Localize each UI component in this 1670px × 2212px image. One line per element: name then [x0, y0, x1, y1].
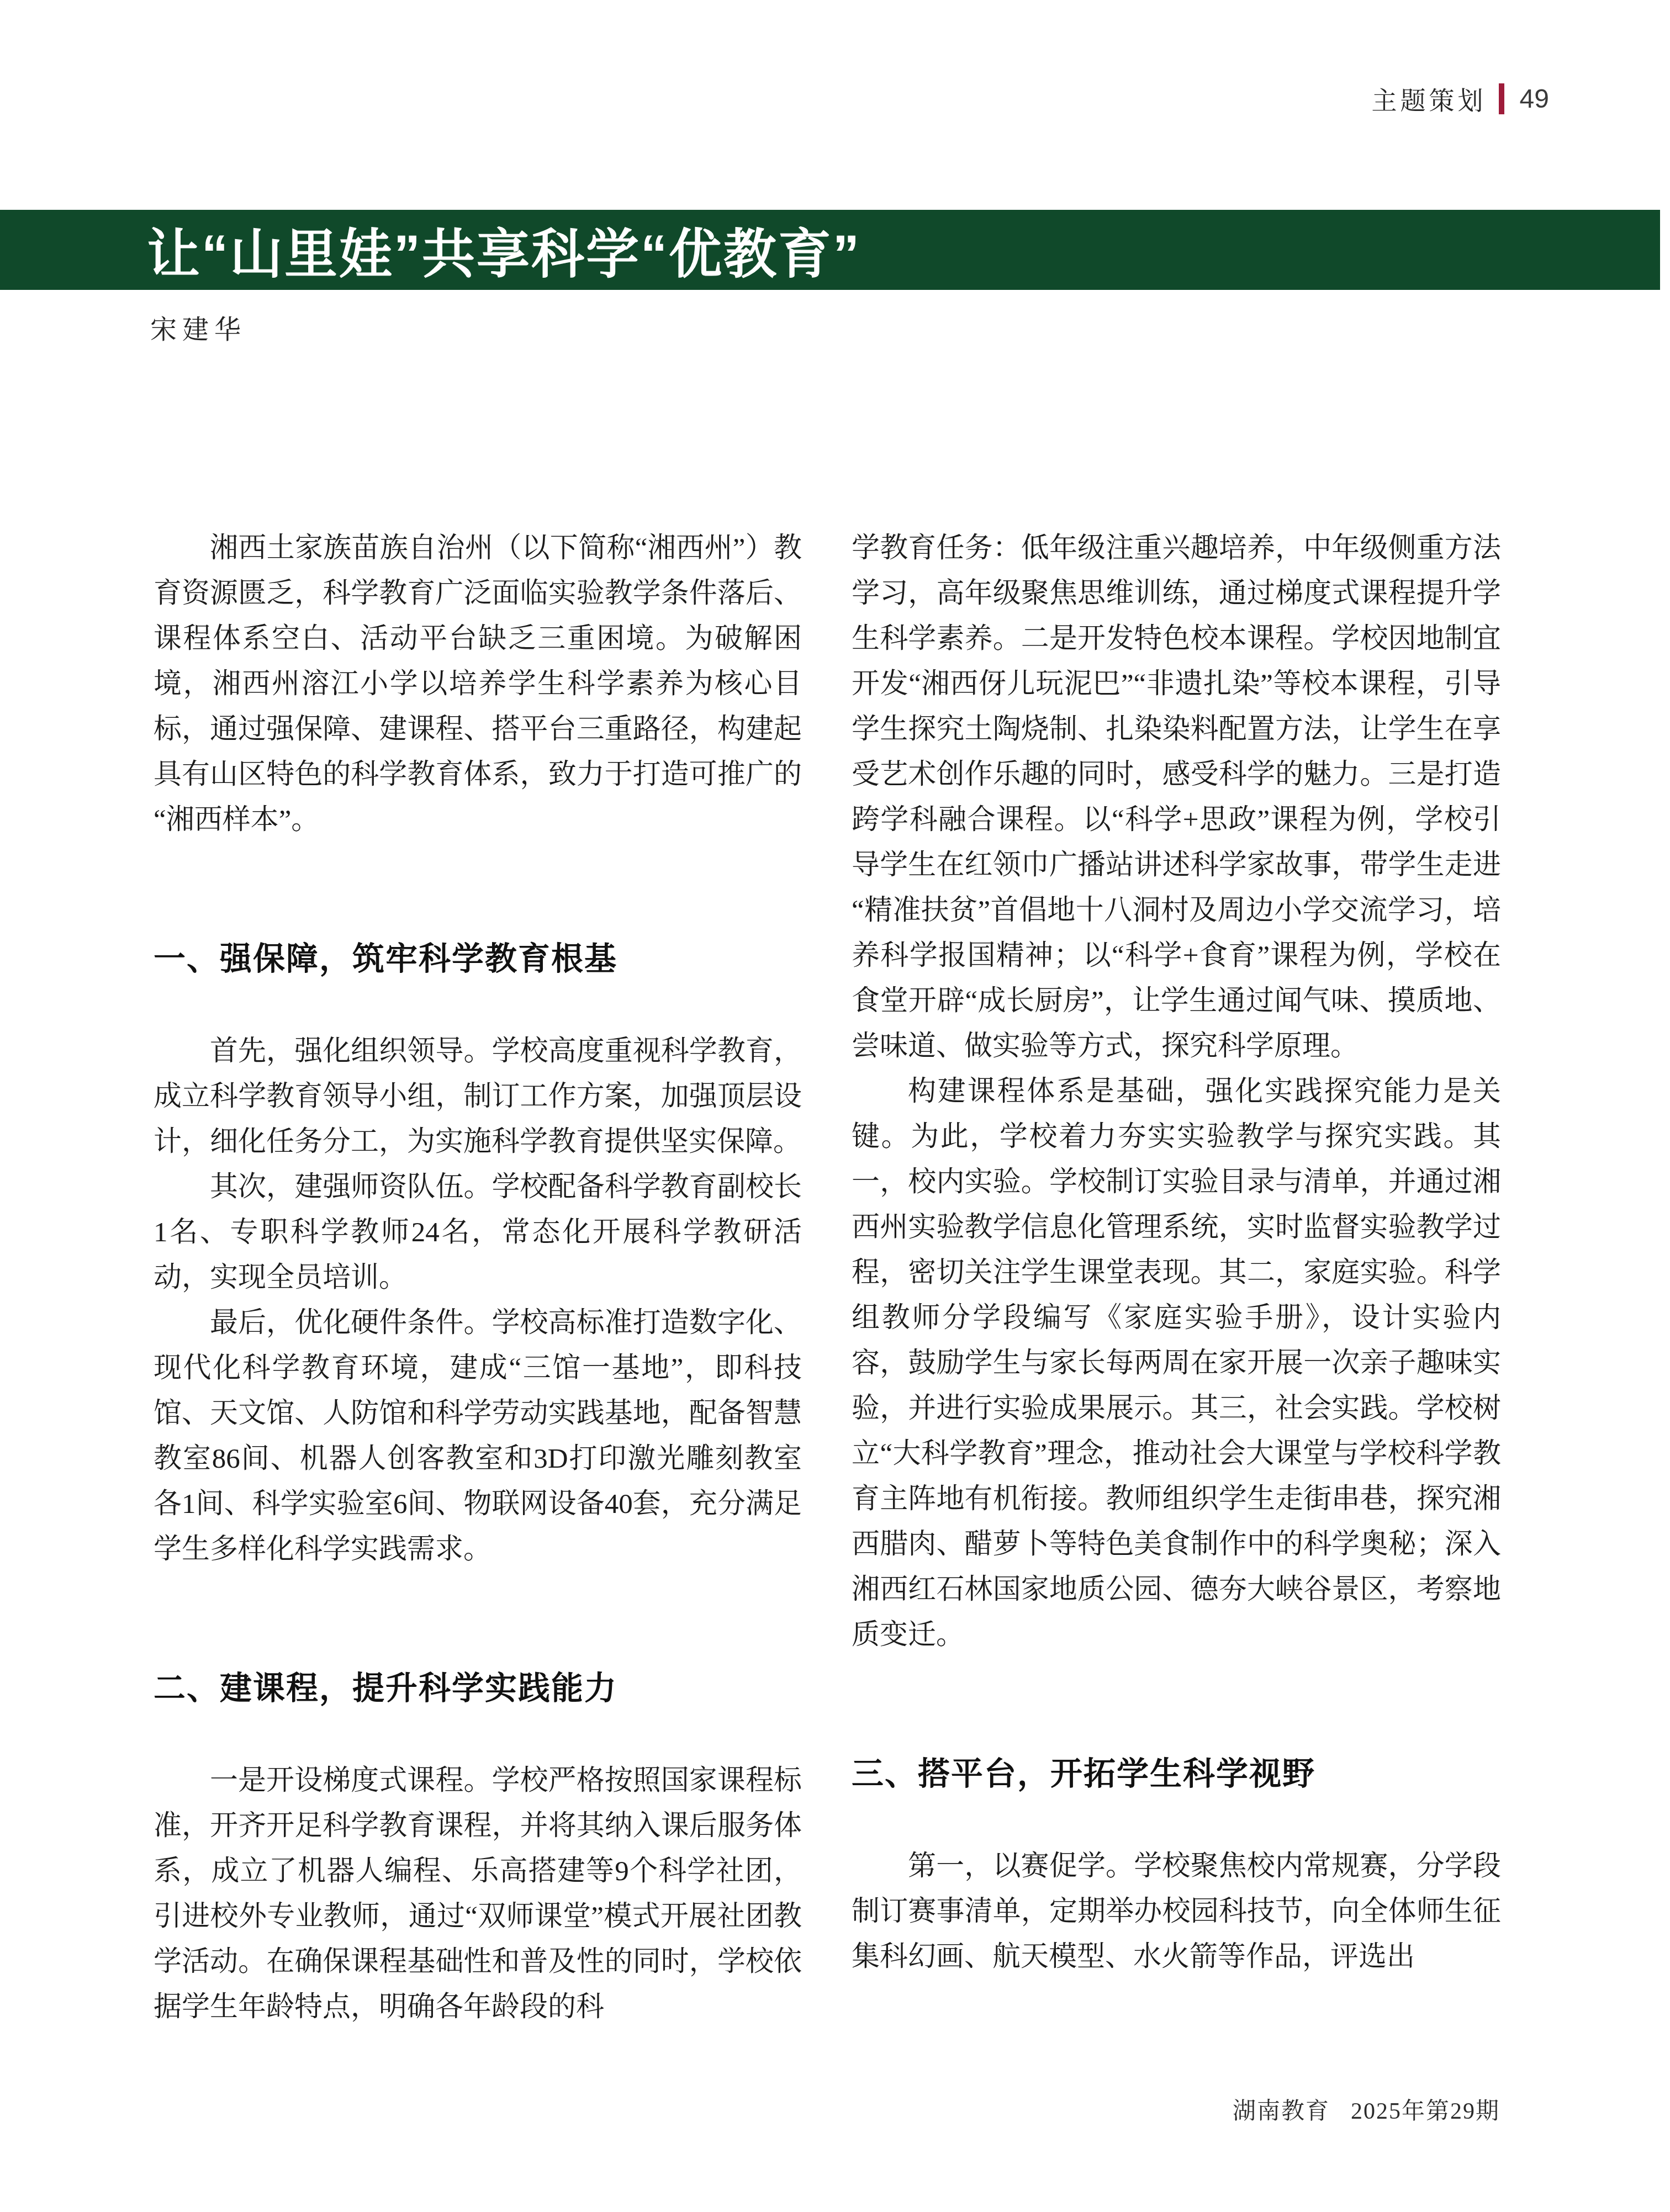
journal-name: 湖南教育 [1233, 2099, 1330, 2124]
article-title: 让“山里娃”共享科学“优教育” [0, 212, 861, 288]
magazine-page: 主题策划 49 让“山里娃”共享科学“优教育” 宋建华 湘西土家族苗族自治州（以… [0, 0, 1670, 2212]
body-paragraph: 湘西土家族苗族自治州（以下简称“湘西州”）教育资源匮乏，科学教育广泛面临实验教学… [154, 526, 802, 843]
body-paragraph: 构建课程体系是基础，强化实践探究能力是关键。为此，学校着力夯实实验教学与探究实践… [852, 1069, 1501, 1658]
section-heading: 三、搭平台，开拓学生科学视野 [852, 1751, 1501, 1797]
article-left-column: 湘西土家族苗族自治州（以下简称“湘西州”）教育资源匮乏，科学教育广泛面临实验教学… [154, 526, 802, 2030]
body-paragraph: 第一，以赛促学。学校聚焦校内常规赛，分学段制订赛事清单，定期举办校园科技节，向全… [852, 1844, 1501, 1980]
article-right-column: 学教育任务：低年级注重兴趣培养，中年级侧重方法学习，高年级聚焦思维训练，通过梯度… [852, 526, 1501, 1980]
issue-info: 2025年第29期 [1351, 2099, 1500, 2124]
body-paragraph: 最后，优化硬件条件。学校高标准打造数字化、现代化科学教育环境，建成“三馆一基地”… [154, 1300, 802, 1572]
page-number: 49 [1520, 84, 1549, 114]
page-footer: 湖南教育2025年第29期 [1233, 2093, 1500, 2126]
author-name: 宋建华 [150, 308, 246, 346]
body-paragraph: 一是开设梯度式课程。学校严格按照国家课程标准，开齐开足科学教育课程，并将其纳入课… [154, 1758, 802, 2030]
title-banner: 让“山里娃”共享科学“优教育” [0, 210, 1660, 290]
body-paragraph: 其次，建强师资队伍。学校配备科学教育副校长1名、专职科学教师24名，常态化开展科… [154, 1165, 802, 1300]
section-label: 主题策划 [1372, 81, 1487, 117]
page-header: 主题策划 49 [1372, 81, 1549, 117]
header-divider-bar [1499, 83, 1504, 114]
section-heading: 一、强保障，筑牢科学教育根基 [154, 936, 802, 982]
section-heading: 二、建课程，提升科学实践能力 [154, 1666, 802, 1711]
body-paragraph: 首先，强化组织领导。学校高度重视科学教育，成立科学教育领导小组，制订工作方案，加… [154, 1029, 802, 1165]
body-paragraph: 学教育任务：低年级注重兴趣培养，中年级侧重方法学习，高年级聚焦思维训练，通过梯度… [852, 526, 1501, 1069]
